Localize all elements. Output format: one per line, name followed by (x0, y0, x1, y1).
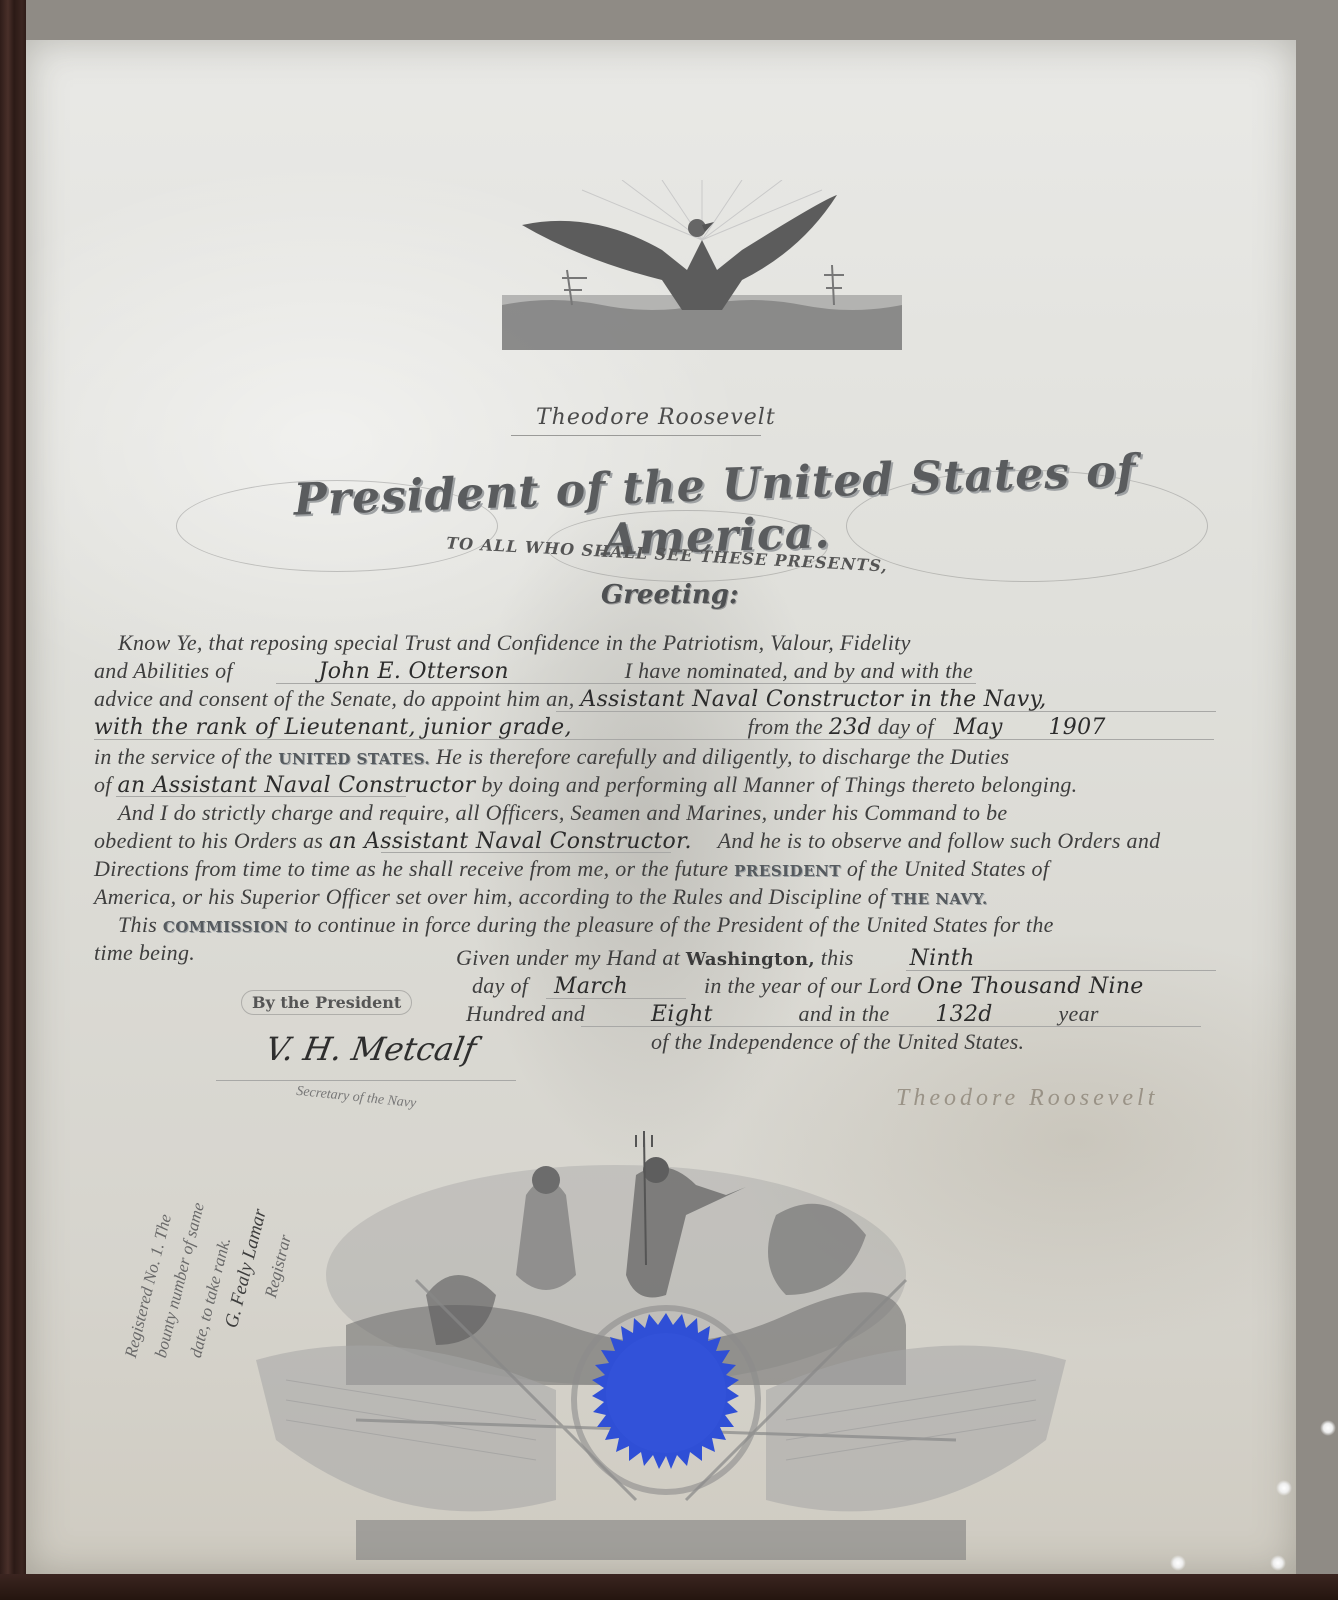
body-text: I have nominated, and by and with the (625, 658, 973, 683)
given-day: Ninth (910, 946, 975, 971)
body-text: obedient to his Orders as (94, 828, 323, 853)
body-text: of the United States of (847, 856, 1049, 881)
blue-seal-icon (571, 1305, 761, 1495)
body-text: America, or his Superior Officer set ove… (94, 884, 886, 909)
body-line-1: Know Ye, that reposing special Trust and… (118, 630, 911, 656)
place-washington: Washington, (686, 949, 815, 970)
body-text: of (94, 772, 112, 797)
body-text: And I do strictly charge and require, al… (118, 800, 1007, 825)
given-year-words: One Thousand Nine (917, 974, 1144, 999)
body-line-2: and Abilities of John E. Otterson I have… (94, 658, 973, 684)
effective-day: 23d (829, 715, 872, 740)
body-line-7: And I do strictly charge and require, al… (118, 800, 1007, 826)
commission-document: Theodore Roosevelt President of the Unit… (26, 40, 1296, 1575)
given-line-4: of the Independence of the United States… (651, 1029, 1024, 1055)
fill-rule (276, 683, 976, 684)
united-states-caps: UNITED STATES. (278, 750, 430, 768)
president-signature-top: Theodore Roosevelt (536, 405, 776, 430)
fill-rule (556, 711, 1216, 712)
given-line-2: day of March in the year of our Lord One… (472, 973, 1144, 999)
body-text: in the service of the (94, 744, 273, 769)
frame-bottom-edge (0, 1574, 1338, 1600)
appointment-title-2: an Assistant Naval Constructor (118, 773, 476, 798)
the-navy-caps: THE NAVY. (891, 890, 987, 908)
body-line-11: This COMMISSION to continue in force dur… (118, 912, 1054, 938)
by-the-president-label: By the President (241, 990, 412, 1015)
effective-year: 1907 (1049, 715, 1106, 740)
rank: with the rank of Lieutenant, junior grad… (94, 715, 572, 740)
body-line-9: Directions from time to time as he shall… (94, 856, 1049, 882)
body-text: to continue in force during the pleasure… (294, 912, 1054, 937)
body-line-5: in the service of the UNITED STATES. He … (94, 744, 1009, 770)
appointment-title: Assistant Naval Constructor in the Navy, (580, 687, 1046, 712)
body-text: He is therefore carefully and diligently… (436, 744, 1009, 769)
body-text: advice and consent of the Senate, do app… (94, 686, 575, 711)
president-signature-bottom: Theodore Roosevelt (896, 1085, 1158, 1112)
effective-month: May (954, 715, 1003, 740)
body-line-10: America, or his Superior Officer set ove… (94, 884, 988, 910)
body-text: this (821, 945, 854, 970)
body-text: time being. (94, 940, 195, 965)
body-text: and Abilities of (94, 658, 233, 683)
body-line-12: time being. (94, 940, 195, 966)
appointment-title-3: an Assistant Naval Constructor. (329, 829, 692, 854)
fill-rule (581, 1026, 1201, 1027)
fill-rule (381, 852, 671, 853)
body-text: This (118, 912, 157, 937)
president-caps: PRESIDENT (734, 862, 841, 880)
signature-rule (216, 1080, 516, 1081)
secretary-title: Secretary of the Navy (295, 1084, 416, 1112)
body-text: Know Ye, that reposing special Trust and… (118, 630, 911, 655)
secretary-signature: V. H. Metcalf (263, 1030, 479, 1068)
body-text: day of (878, 714, 934, 739)
body-line-4: with the rank of Lieutenant, junior grad… (94, 714, 1106, 740)
dust-speck (1276, 1480, 1292, 1496)
commission-caps: COMMISSION (163, 918, 288, 936)
body-text: from the (748, 714, 824, 739)
body-text: Given under my Hand at (456, 945, 680, 970)
body-text: and in the (799, 1001, 890, 1026)
fill-rule (94, 739, 1214, 740)
dust-speck (1320, 1420, 1336, 1436)
body-line-8: obedient to his Orders as an Assistant N… (94, 828, 1160, 854)
greeting: Greeting: (601, 580, 739, 610)
body-text: of the Independence of the United States… (651, 1029, 1024, 1054)
independence-year: 132d (935, 1002, 992, 1027)
dust-speck (1270, 1555, 1286, 1571)
fill-rule (116, 796, 406, 797)
body-text: in the year of our Lord (704, 973, 911, 998)
dust-speck (1170, 1555, 1186, 1571)
body-text: And he is to observe and follow such Ord… (718, 828, 1161, 853)
signature-rule (511, 435, 761, 436)
fill-rule (906, 970, 1216, 971)
given-month: March (554, 974, 628, 999)
given-line-1: Given under my Hand at Washington, this … (456, 945, 975, 971)
body-line-6: of an Assistant Naval Constructor by doi… (94, 772, 1077, 798)
eagle-engraving-icon (502, 180, 902, 350)
body-text: by doing and performing all Manner of Th… (481, 772, 1077, 797)
body-text: Directions from time to time as he shall… (94, 856, 728, 881)
fill-rule (546, 998, 686, 999)
given-year: Eight (651, 1002, 713, 1027)
given-line-3: Hundred and Eight and in the 132d year (466, 1001, 1099, 1027)
body-text: Hundred and (466, 1001, 585, 1026)
appointee-name: John E. Otterson (319, 659, 509, 684)
body-text: year (1058, 1001, 1098, 1026)
body-text: day of (472, 973, 528, 998)
body-line-3: advice and consent of the Senate, do app… (94, 686, 1047, 712)
